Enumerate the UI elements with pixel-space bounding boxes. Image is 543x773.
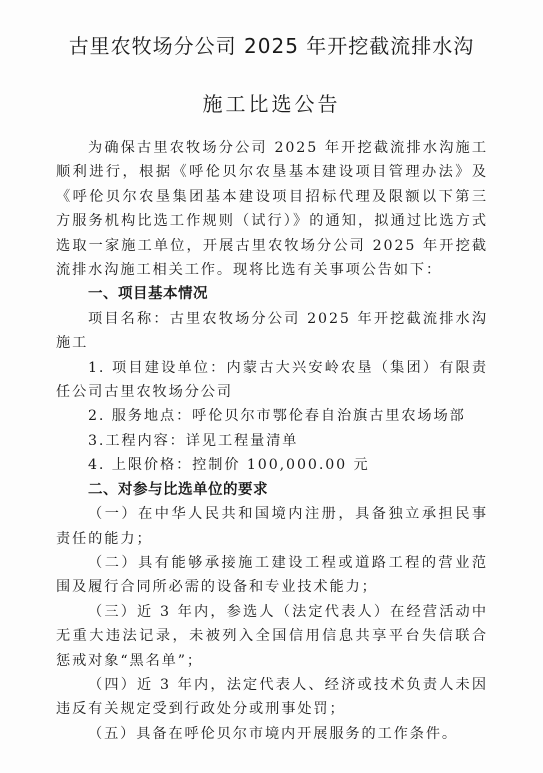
- section1-heading: 一、项目基本情况: [56, 282, 488, 306]
- requirement-2: （二）具有能够承接施工建设工程或道路工程的营业范围及履行合同所必需的设备和专业技…: [56, 551, 488, 600]
- intro-paragraph: 为确保古里农牧场分公司 2025 年开挖截流排水沟施工顺利进行，根据《呼伦贝尔农…: [56, 136, 488, 282]
- document-title-line2: 施工比选公告: [0, 88, 543, 117]
- section2-heading: 二、对参与比选单位的要求: [56, 478, 488, 502]
- requirement-1: （一）在中华人民共和国境内注册，具备独立承担民事责任的能力；: [56, 502, 488, 551]
- requirement-4: （四）近 3 年内，法定代表人、经济或技术负责人未因违反有关规定受到行政处分或刑…: [56, 673, 488, 722]
- project-content: 3.工程内容：详见工程量清单: [56, 429, 488, 453]
- service-location: 2. 服务地点：呼伦贝尔市鄂伦春自治旗古里农场场部: [56, 404, 488, 428]
- document-body: 为确保古里农牧场分公司 2025 年开挖截流排水沟施工顺利进行，根据《呼伦贝尔农…: [56, 136, 488, 746]
- construction-unit: 1. 项目建设单位：内蒙古大兴安岭农垦（集团）有限责任公司古里农牧场分公司: [56, 356, 488, 405]
- price-cap: 4. 上限价格：控制价 100,000.00 元: [56, 453, 488, 477]
- project-name: 项目名称：古里农牧场分公司 2025 年开挖截流排水沟施工: [56, 307, 488, 356]
- requirement-3: （三）近 3 年内，参选人（法定代表人）在经营活动中无重大违法记录，未被列入全国…: [56, 600, 488, 673]
- document-page: 古里农牧场分公司 2025 年开挖截流排水沟 施工比选公告 为确保古里农牧场分公…: [0, 0, 543, 773]
- requirement-5: （五）具备在呼伦贝尔市境内开展服务的工作条件。: [56, 722, 488, 746]
- document-title-line1: 古里农牧场分公司 2025 年开挖截流排水沟: [0, 30, 543, 59]
